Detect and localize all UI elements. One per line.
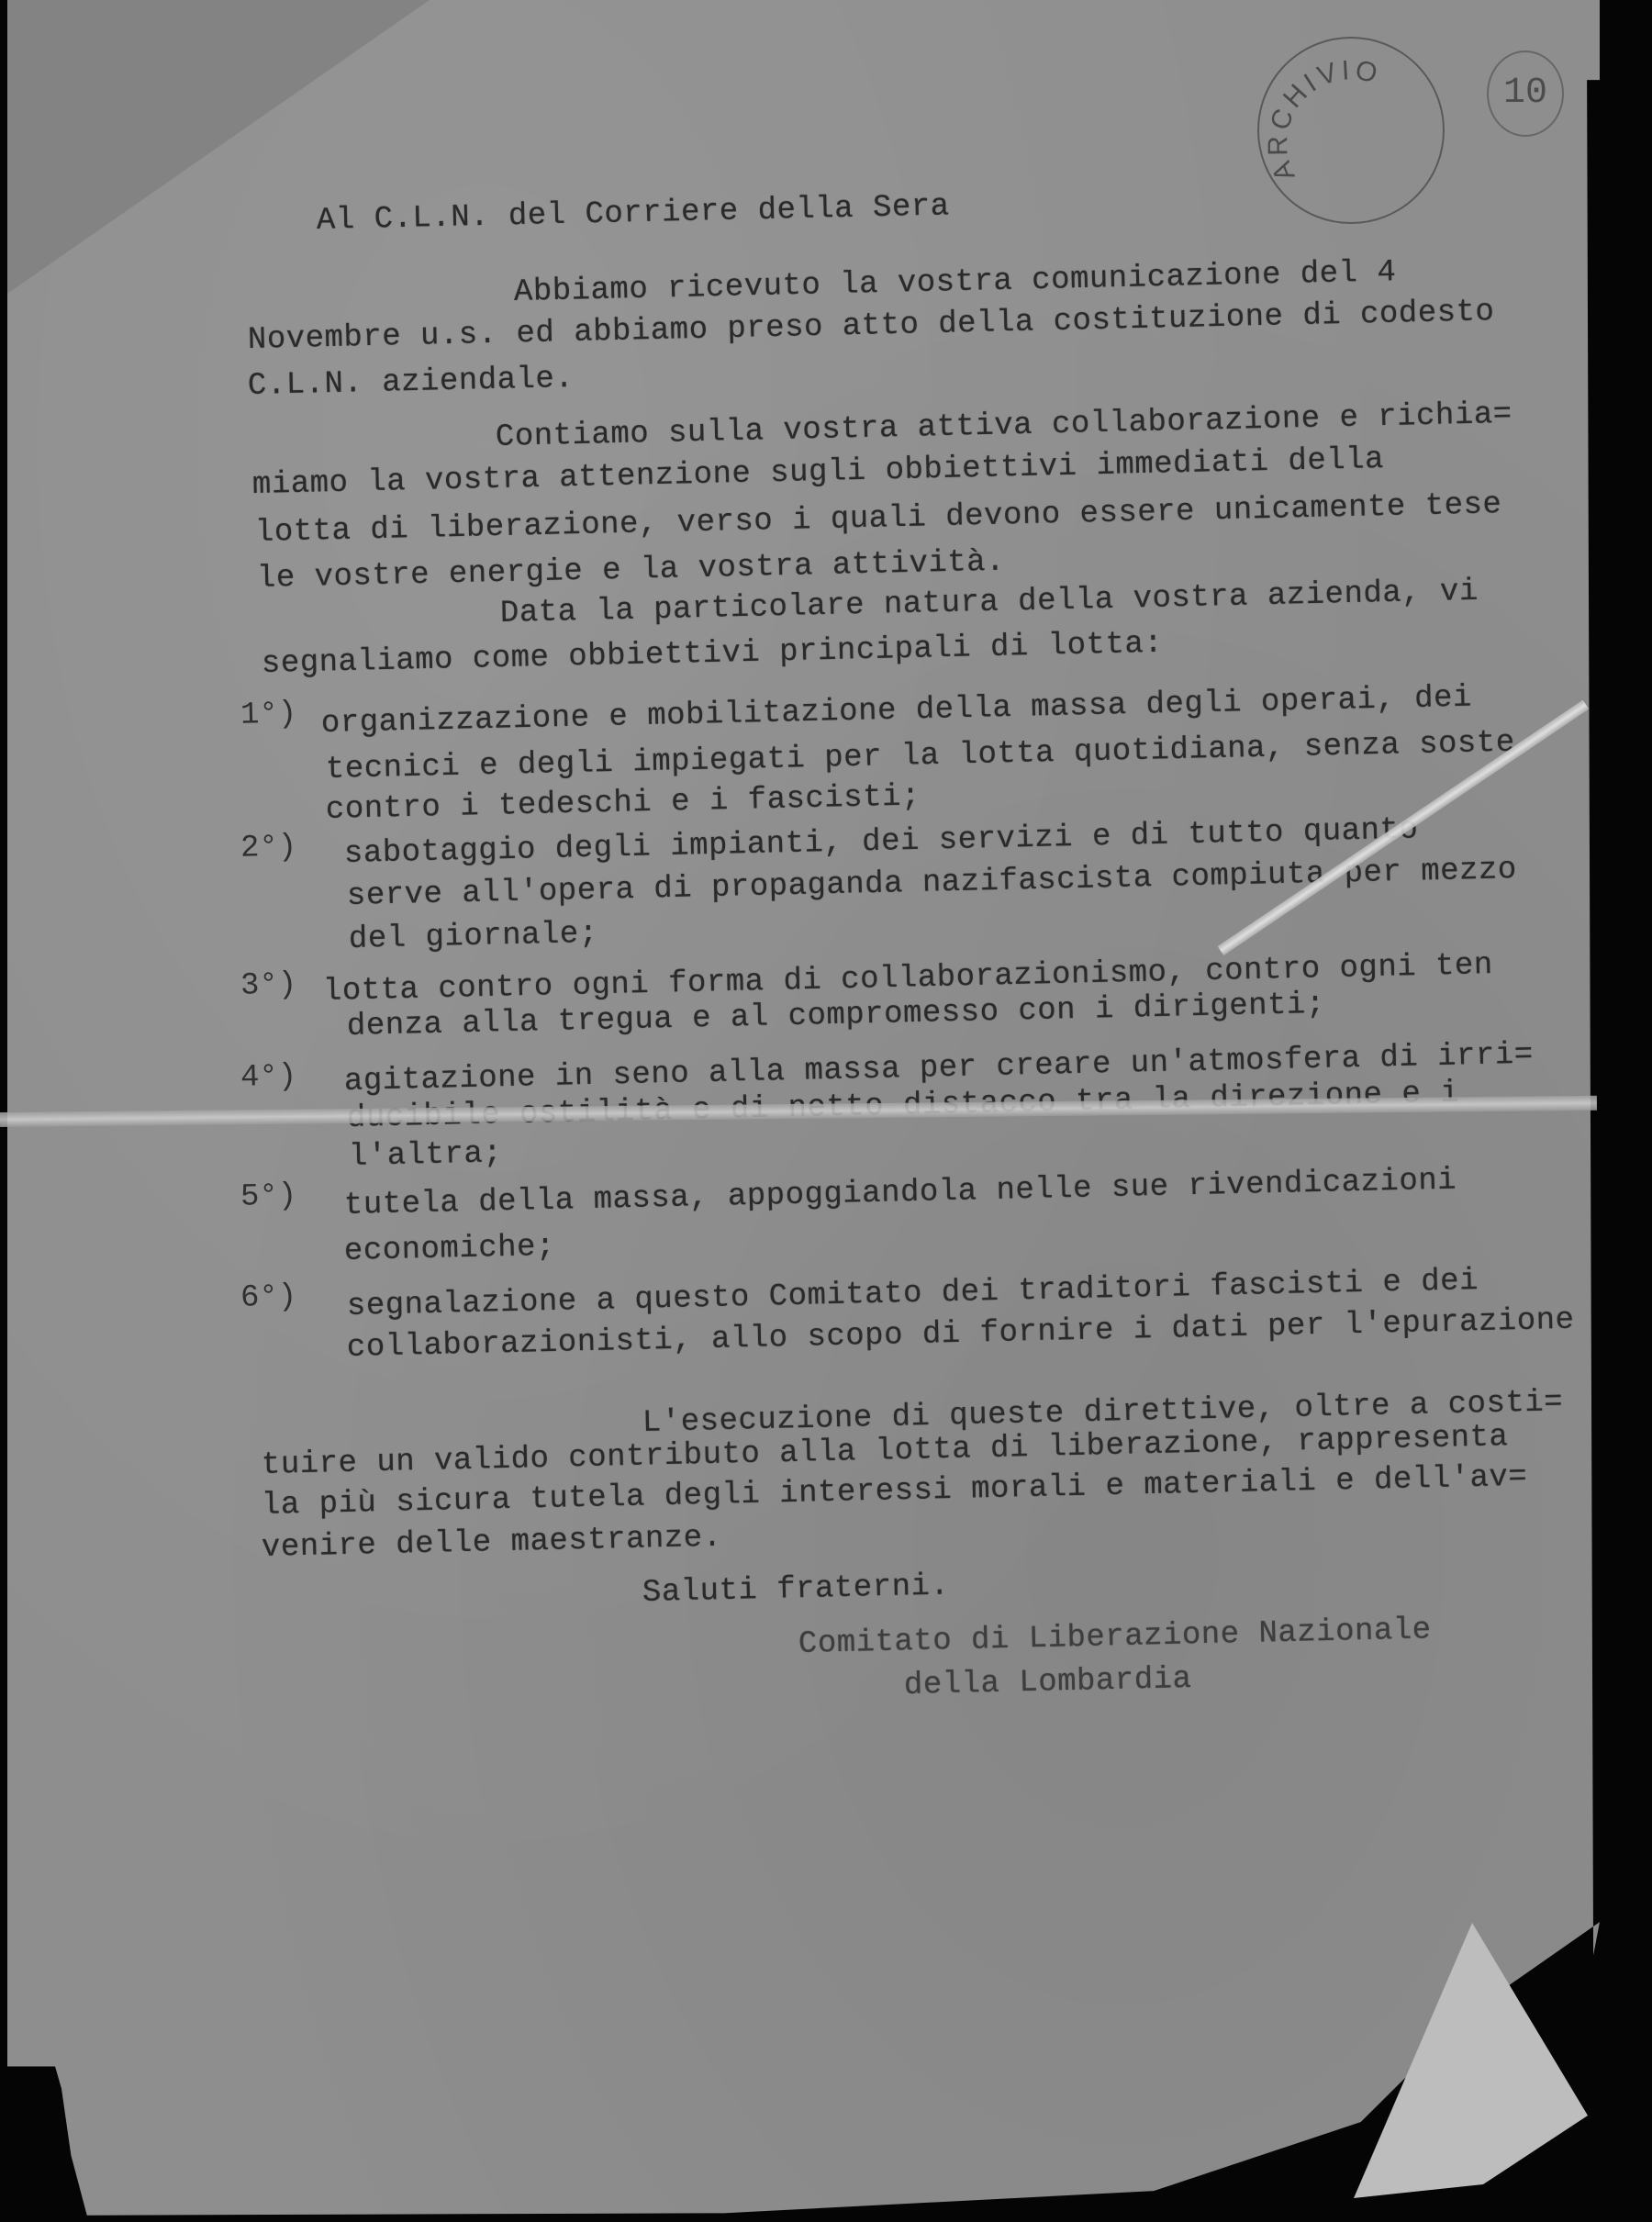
objective-6-number: 6°) — [240, 1279, 297, 1315]
objective-3-number: 3°) — [240, 967, 297, 1003]
objective-4-line-3: l'altra; — [349, 1136, 503, 1175]
objective-4-number: 4°) — [240, 1059, 297, 1095]
archive-stamp: ARCHIVIO — [1257, 37, 1445, 224]
objective-5-line-2: economiche; — [344, 1230, 556, 1269]
signature-line-2: della Lombardia — [904, 1662, 1192, 1703]
objective-2-line-3: del giornale; — [349, 917, 599, 957]
svg-text:ARCHIVIO: ARCHIVIO — [1263, 55, 1384, 185]
archive-number-stamp: 10 — [1487, 50, 1564, 137]
salutation: Saluti fraterni. — [642, 1569, 950, 1611]
objective-1-number: 1°) — [240, 697, 297, 732]
objective-2-number: 2°) — [240, 830, 297, 865]
paragraph-1-line-3: C.L.N. aziendale. — [248, 362, 575, 404]
objective-5-number: 5°) — [240, 1178, 297, 1214]
